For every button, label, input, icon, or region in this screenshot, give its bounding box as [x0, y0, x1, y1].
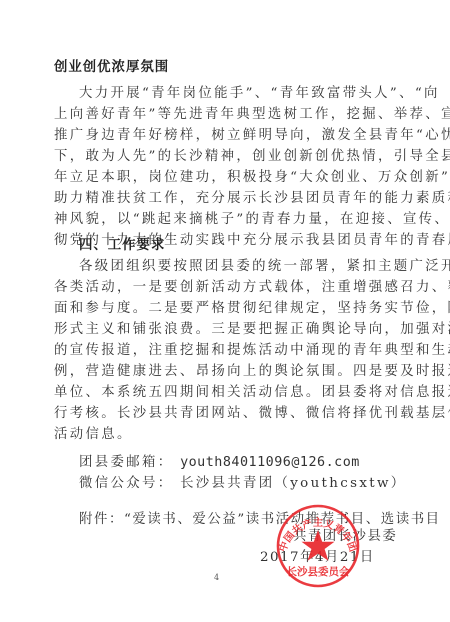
- wechat-value: 长沙县共青团（youthcsxtw）: [180, 476, 406, 491]
- paragraph2-line: 单位、本系统五四期间相关活动信息。团县委将对信息报送进: [54, 383, 450, 403]
- paragraph1-line: 年立足本职，岗位建功，积极投身“大众创业、万众创新”，: [54, 168, 450, 188]
- signature-org: 共青团长沙县委: [293, 525, 397, 544]
- paragraph1-line: 上向善好青年”等先进青年典型选树工作，挖掘、举荐、宣传、: [54, 105, 450, 125]
- email-row: 团县委邮箱： youth84011096@126.com: [79, 453, 360, 473]
- wechat-label: 微信公众号：: [79, 476, 173, 491]
- svg-text:长沙县委员会: 长沙县委员会: [287, 565, 350, 578]
- page-number: 4: [214, 573, 219, 582]
- paragraph2-line: 面和参与度。二是要严格贯彻纪律规定，坚持务实节俭，防止: [54, 299, 450, 319]
- paragraph2-line: 的宣传报道，注重挖掘和提炼活动中涌现的青年典型和生动事: [54, 341, 450, 361]
- paragraph2-line: 形式主义和铺张浪费。三是要把握正确舆论导向，加强对活动: [54, 320, 450, 340]
- wechat-row: 微信公众号： 长沙县共青团（youthcsxtw）: [79, 474, 407, 494]
- paragraph2-line: 活动信息。: [54, 425, 133, 445]
- paragraph1-line: 推广身边青年好榜样，树立鲜明导向，激发全县青年“心忧天: [54, 126, 450, 146]
- section-subtitle: 创业创优浓厚氛围: [54, 58, 169, 78]
- paragraph1-line: 神风貌，以“跳起来摘桃子”的青春力量，在迎接、宣传、贯: [54, 210, 450, 230]
- signature-date: 2017年4月21日: [260, 546, 375, 565]
- paragraph2-line: 行考核。长沙县共青团网站、微博、微信将择优刊载基层优秀: [54, 404, 450, 424]
- paragraph1-line: 大力开展“青年岗位能手”、“青年致富带头人”、“向: [79, 84, 440, 104]
- paragraph2-line: 各类活动，一是要创新活动方式载体，注重增强感召力、覆盖: [54, 278, 450, 298]
- paragraph1-line: 助力精准扶贫工作，充分展示长沙县团员青年的能力素质和精: [54, 189, 450, 209]
- section4-heading: 四、工作要求: [79, 236, 165, 256]
- email-value[interactable]: youth84011096@126.com: [180, 455, 360, 470]
- paragraph1-line: 下，敢为人先”的长沙精神，创业创新创优热情，引导全县青: [54, 147, 450, 167]
- document-page: 创业创优浓厚氛围 大力开展“青年岗位能手”、“青年致富带头人”、“向 上向善好青…: [0, 0, 450, 622]
- paragraph2-line: 例，营造健康进去、昂扬向上的舆论氛围。四是要及时报送本: [54, 362, 450, 382]
- email-label: 团县委邮箱：: [79, 455, 173, 470]
- paragraph2-line: 各级团组织要按照团县委的统一部署，紧扣主题广泛开展: [79, 257, 450, 277]
